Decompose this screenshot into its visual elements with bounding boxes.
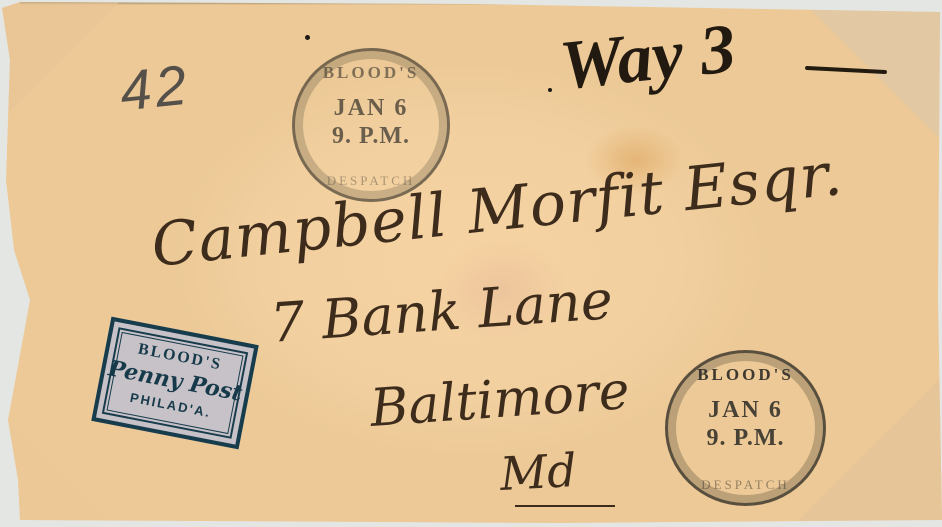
- postmark-time: 9. P.M.: [668, 425, 823, 452]
- postmark-bloods-despatch: BLOOD'S JAN 6 9. P.M. DESPATCH: [292, 48, 450, 202]
- postmark-bloods-despatch: BLOOD'S JAN 6 9. P.M. DESPATCH: [665, 350, 826, 506]
- envelope-top-edge: [20, 0, 940, 5]
- envelope-flap-top-left: [0, 0, 140, 110]
- address-street: 7 Bank Lane: [268, 268, 614, 355]
- address-city: Baltimore: [368, 361, 631, 439]
- ink-dot: [548, 88, 552, 92]
- postmark-date: JAN 6: [295, 95, 447, 122]
- postmark-time: 9. P.M.: [295, 123, 447, 150]
- ink-dot: [305, 35, 310, 40]
- bloods-penny-post-stamp: BLOOD'S Penny Post PHILAD'A.: [91, 317, 258, 450]
- address-name: Campbell Morfit Esqr.: [148, 139, 846, 281]
- envelope-flap-bottom-left: [0, 417, 130, 527]
- way-marking: Way 3: [556, 9, 739, 107]
- envelope: 42 Way 3 BLOOD'S JAN 6 9. P.M. DESPATCH …: [0, 0, 942, 527]
- postmark-top-text: BLOOD'S: [668, 365, 823, 385]
- postmark-top-text: BLOOD'S: [295, 63, 447, 83]
- address-state: Md: [499, 443, 578, 501]
- pencil-notation: 42: [117, 52, 194, 124]
- postmark-date: JAN 6: [668, 397, 823, 424]
- way-marking-underline: [805, 66, 887, 74]
- postmark-bottom-text: DESPATCH: [668, 477, 823, 493]
- address-state-underline: [515, 505, 615, 507]
